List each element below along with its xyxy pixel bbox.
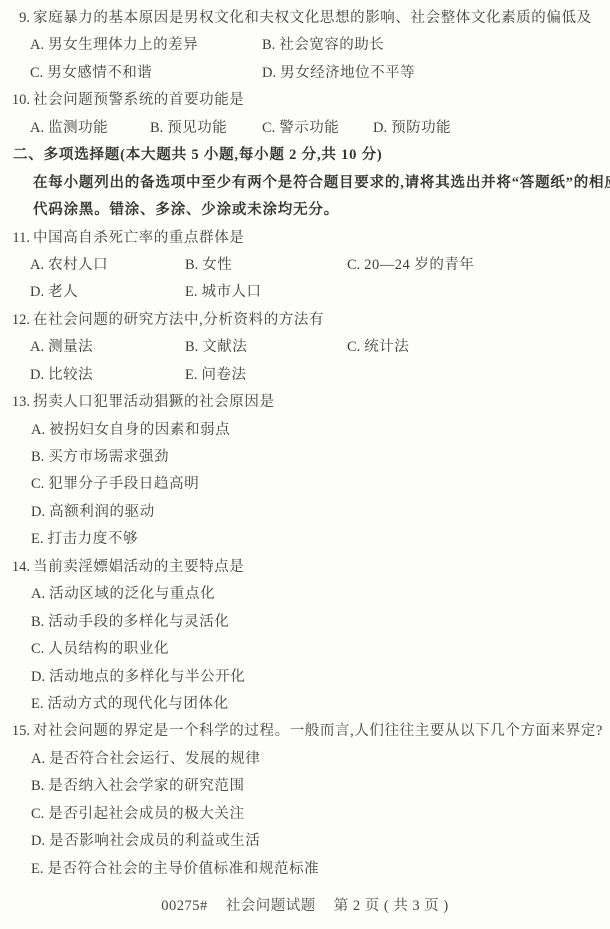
option-label: D. [30,367,44,383]
option-text: 活动地点的多样化与半公开化 [49,669,245,685]
option-text: 是否符合社会的主导价值标准和规范标准 [47,861,319,877]
option-label: C. [31,641,44,657]
option-11-c: C.20—24 岁的青年 [347,252,474,279]
option-label: B. [185,257,198,273]
question-9-options-row-2: C.男女感情不和谐 D.男女经济地位不平等 [0,60,610,87]
option-label: D. [262,65,276,81]
option-text: 是否引起社会成员的极大关注 [48,806,244,822]
question-number: 14. [6,554,30,581]
option-11-a: A.农村人口 [30,252,108,279]
option-text: 预防功能 [391,120,451,136]
option-label: D. [31,833,45,849]
option-text: 警示功能 [279,120,339,136]
option-text: 是否影响社会成员的利益或生活 [49,833,260,849]
option-13-b: B.买方市场需求强劲 [0,444,610,471]
footer-exam-code: 00275# [161,898,208,914]
option-label: A. [30,120,44,136]
option-label: E. [31,696,43,712]
option-label: C. [347,339,360,355]
exam-page: 9.家庭暴力的基本原因是男权文化和夫权文化思想的影响、社会整体文化素质的偏低及 … [0,0,610,929]
page-footer: 00275#社会问题试题第 2 页 ( 共 3 页 ) [0,896,610,916]
option-text: 活动区域的泛化与重点化 [49,586,215,602]
option-label: B. [262,37,275,53]
option-label: D. [31,504,45,520]
option-12-c: C.统计法 [347,334,409,361]
question-stem-text: 在社会问题的研究方法中,分析资料的方法有 [33,312,324,328]
option-text: 统计法 [364,339,409,355]
question-12-options-row-1: A.测量法 B.文献法 C.统计法 [0,334,610,361]
option-text: 女性 [202,257,232,273]
question-11-options-row-1: A.农村人口 B.女性 C.20—24 岁的青年 [0,252,610,279]
question-stem-text: 社会问题预警系统的首要功能是 [33,92,244,108]
option-label: A. [31,586,45,602]
option-label: B. [185,339,198,355]
option-text: 买方市场需求强劲 [48,449,169,465]
option-14-d: D.活动地点的多样化与半公开化 [0,664,610,691]
option-text: 预见功能 [167,120,227,136]
question-number: 9. [6,5,30,32]
option-9-c: C.男女感情不和谐 [30,60,152,87]
option-12-b: B.文献法 [185,334,247,361]
option-9-d: D.男女经济地位不平等 [262,60,415,87]
option-text: 老人 [48,284,78,300]
option-text: 城市人口 [201,284,261,300]
option-15-d: D.是否影响社会成员的利益或生活 [0,828,610,855]
option-text: 是否符合社会运行、发展的规律 [49,751,260,767]
option-label: A. [30,257,44,273]
question-9-options-row-1: A.男女生理体力上的差异 B.社会宽容的助长 [0,32,610,59]
option-text: 社会宽容的助长 [279,37,384,53]
option-text: 监测功能 [48,120,108,136]
option-12-a: A.测量法 [30,334,93,361]
option-label: E. [31,861,43,877]
option-label: C. [347,257,360,273]
question-12-options-row-2: D.比较法 E.问卷法 [0,362,610,389]
option-label: E. [185,367,197,383]
question-10-stem: 10.社会问题预警系统的首要功能是 [0,87,610,114]
option-11-b: B.女性 [185,252,232,279]
option-label: C. [31,476,44,492]
option-14-b: B.活动手段的多样化与灵活化 [0,609,610,636]
option-label: A. [30,37,44,53]
option-15-a: A.是否符合社会运行、发展的规律 [0,746,610,773]
option-text: 农村人口 [48,257,108,273]
option-11-d: D.老人 [30,279,78,306]
option-15-c: C.是否引起社会成员的极大关注 [0,801,610,828]
option-12-d: D.比较法 [30,362,93,389]
option-14-a: A.活动区域的泛化与重点化 [0,581,610,608]
option-9-b: B.社会宽容的助长 [262,32,384,59]
question-stem-text: 中国高自杀死亡率的重点群体是 [33,230,244,246]
option-10-a: A.监测功能 [30,115,108,142]
question-number: 11. [6,225,30,252]
option-text: 男女生理体力上的差异 [48,37,198,53]
option-10-c: C.警示功能 [262,115,339,142]
option-label: E. [31,531,43,547]
option-13-e: E.打击力度不够 [0,526,610,553]
option-9-a: A.男女生理体力上的差异 [30,32,198,59]
option-label: B. [31,449,44,465]
question-11-options-row-2: D.老人 E.城市人口 [0,279,610,306]
option-text: 20—24 岁的青年 [364,257,474,273]
question-12-stem: 12.在社会问题的研究方法中,分析资料的方法有 [0,307,610,334]
exam-content: 9.家庭暴力的基本原因是男权文化和夫权文化思想的影响、社会整体文化素质的偏低及 … [0,0,610,916]
question-number: 10. [6,87,30,114]
option-13-a: A.被拐妇女自身的因素和弱点 [0,417,610,444]
option-label: A. [31,751,45,767]
option-text: 活动手段的多样化与灵活化 [48,614,229,630]
option-text: 文献法 [202,339,247,355]
question-stem-text: 对社会问题的界定是一个科学的过程。一般而言,人们往往主要从以下几个方面来界定? [33,723,603,739]
question-15-stem: 15.对社会问题的界定是一个科学的过程。一般而言,人们往往主要从以下几个方面来界… [0,718,610,745]
question-stem-text: 家庭暴力的基本原因是男权文化和夫权文化思想的影响、社会整体文化素质的偏低及 [33,10,592,26]
question-number: 15. [6,718,30,745]
question-stem-text: 当前卖淫嫖娼活动的主要特点是 [33,559,244,575]
option-11-e: E.城市人口 [185,279,261,306]
option-text: 男女感情不和谐 [47,65,152,81]
option-label: D. [373,120,387,136]
option-label: B. [31,614,44,630]
option-label: C. [30,65,43,81]
question-number: 13. [6,389,30,416]
option-text: 打击力度不够 [47,531,138,547]
option-label: B. [150,120,163,136]
option-15-e: E.是否符合社会的主导价值标准和规范标准 [0,856,610,883]
option-text: 问卷法 [201,367,246,383]
footer-exam-title: 社会问题试题 [226,898,316,914]
option-text: 男女经济地位不平等 [280,65,415,81]
question-9-stem: 9.家庭暴力的基本原因是男权文化和夫权文化思想的影响、社会整体文化素质的偏低及 [0,5,610,32]
question-11-stem: 11.中国高自杀死亡率的重点群体是 [0,225,610,252]
question-13-stem: 13.拐卖人口犯罪活动猖獗的社会原因是 [0,389,610,416]
option-label: D. [31,669,45,685]
section-title: 二、多项选择题(本大题共 5 小题,每小题 2 分,共 10 分) [0,142,610,169]
option-label: B. [31,778,44,794]
question-10-options-row: A.监测功能 B.预见功能 C.警示功能 D.预防功能 [0,115,610,142]
option-14-c: C.人员结构的职业化 [0,636,610,663]
option-14-e: E.活动方式的现代化与团体化 [0,691,610,718]
option-13-c: C.犯罪分子手段日趋高明 [0,471,610,498]
option-text: 比较法 [48,367,93,383]
option-10-d: D.预防功能 [373,115,451,142]
option-text: 被拐妇女自身的因素和弱点 [49,422,230,438]
option-text: 测量法 [48,339,93,355]
option-text: 人员结构的职业化 [48,641,169,657]
option-label: E. [185,284,197,300]
section-instruction-line-1: 在每小题列出的备选项中至少有两个是符合题目要求的,请将其选出并将“答题纸”的相应 [0,170,610,197]
option-10-b: B.预见功能 [150,115,227,142]
option-text: 犯罪分子手段日趋高明 [48,476,199,492]
section-instruction-line-2: 代码涂黑。错涂、多涂、少涂或未涂均无分。 [0,197,610,224]
option-text: 是否纳入社会学家的研究范围 [48,778,244,794]
option-text: 高额利润的驱动 [49,504,155,520]
option-label: A. [30,339,44,355]
option-label: A. [31,422,45,438]
option-12-e: E.问卷法 [185,362,246,389]
question-14-stem: 14.当前卖淫嫖娼活动的主要特点是 [0,554,610,581]
footer-page-number: 第 2 页 ( 共 3 页 ) [334,898,449,914]
option-label: C. [31,806,44,822]
question-stem-text: 拐卖人口犯罪活动猖獗的社会原因是 [33,394,275,410]
option-label: D. [30,284,44,300]
question-number: 12. [6,307,30,334]
option-text: 活动方式的现代化与团体化 [47,696,228,712]
option-15-b: B.是否纳入社会学家的研究范围 [0,773,610,800]
option-13-d: D.高额利润的驱动 [0,499,610,526]
option-label: C. [262,120,275,136]
